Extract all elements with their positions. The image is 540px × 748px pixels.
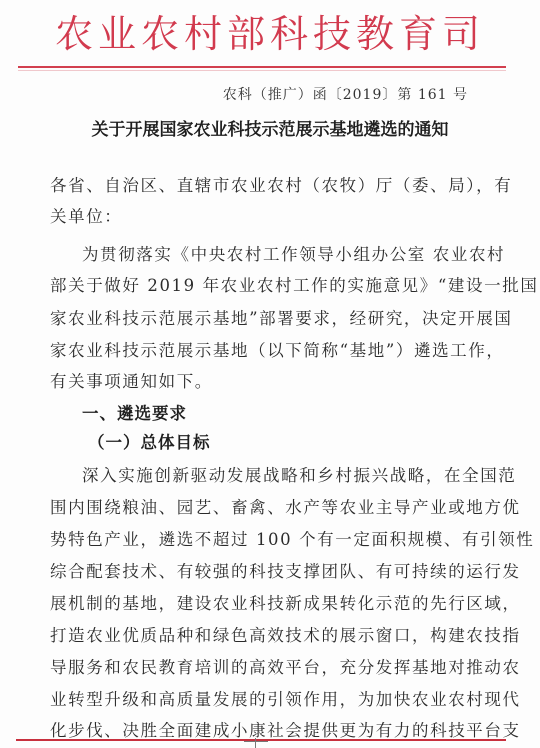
section-heading: 一、遴选要求 xyxy=(82,400,187,424)
paragraph-line: 势特色产业，遴选不超过 100 个有一定面积规模、有引领性 xyxy=(50,526,480,550)
letterhead-red-rule-thin xyxy=(18,70,506,71)
letterhead-org-name: 农业农村部科技教育司 xyxy=(0,10,540,58)
paragraph-line: 有关事项通知如下。 xyxy=(50,368,480,392)
paragraph-line: 为贯彻落实《中央农村工作领导小组办公室 农业农村 xyxy=(82,241,512,265)
paragraph-line: 围内围绕粮油、园艺、畜禽、水产等农业主导产业或地方优 xyxy=(50,494,480,518)
salutation-line: 关单位： xyxy=(50,203,480,227)
paragraph-line: 家农业科技示范展示基地”部署要求，经研究，决定开展国 xyxy=(50,305,480,329)
paragraph-line: 深入实施创新驱动发展战略和乡村振兴战略，在全国范 xyxy=(82,462,512,486)
salutation-line: 各省、自治区、直辖市农业农村（农牧）厅（委、局），有 xyxy=(50,172,480,196)
document-page: 农业农村部科技教育司 农科（推广）函〔2019〕第 161 号 关于开展国家农业… xyxy=(0,0,540,748)
subsection-heading: （一）总体目标 xyxy=(88,429,211,453)
page-number-mark xyxy=(244,741,268,748)
paragraph-line: 家农业科技示范展示基地（以下简称“基地”）遴选工作， xyxy=(50,337,480,361)
paragraph-line: 打造农业优质品种和绿色高效技术的展示窗口，构建农技指 xyxy=(50,622,480,646)
paragraph-line: 化步伐、决胜全面建成小康社会提供更为有力的科技平台支 xyxy=(50,717,480,741)
paragraph-line: 展机制的基地，建设农业科技新成果转化示范的先行区域， xyxy=(50,590,480,614)
document-title: 关于开展国家农业科技示范展示基地遴选的通知 xyxy=(0,115,540,140)
paragraph-line: 导服务和农民教育培训的高效平台，充分发挥基地对推动农 xyxy=(50,654,480,678)
document-number: 农科（推广）函〔2019〕第 161 号 xyxy=(223,84,468,104)
paragraph-line: 业转型升级和高质量发展的引领作用，为加快农业农村现代 xyxy=(50,686,480,710)
letterhead-red-rule xyxy=(18,66,506,68)
paragraph-line: 部关于做好 2019 年农业农村工作的实施意见》“建设一批国 xyxy=(50,272,480,296)
paragraph-line: 综合配套技术、有较强的科技支撑团队、有可持续的运行发 xyxy=(50,558,480,582)
